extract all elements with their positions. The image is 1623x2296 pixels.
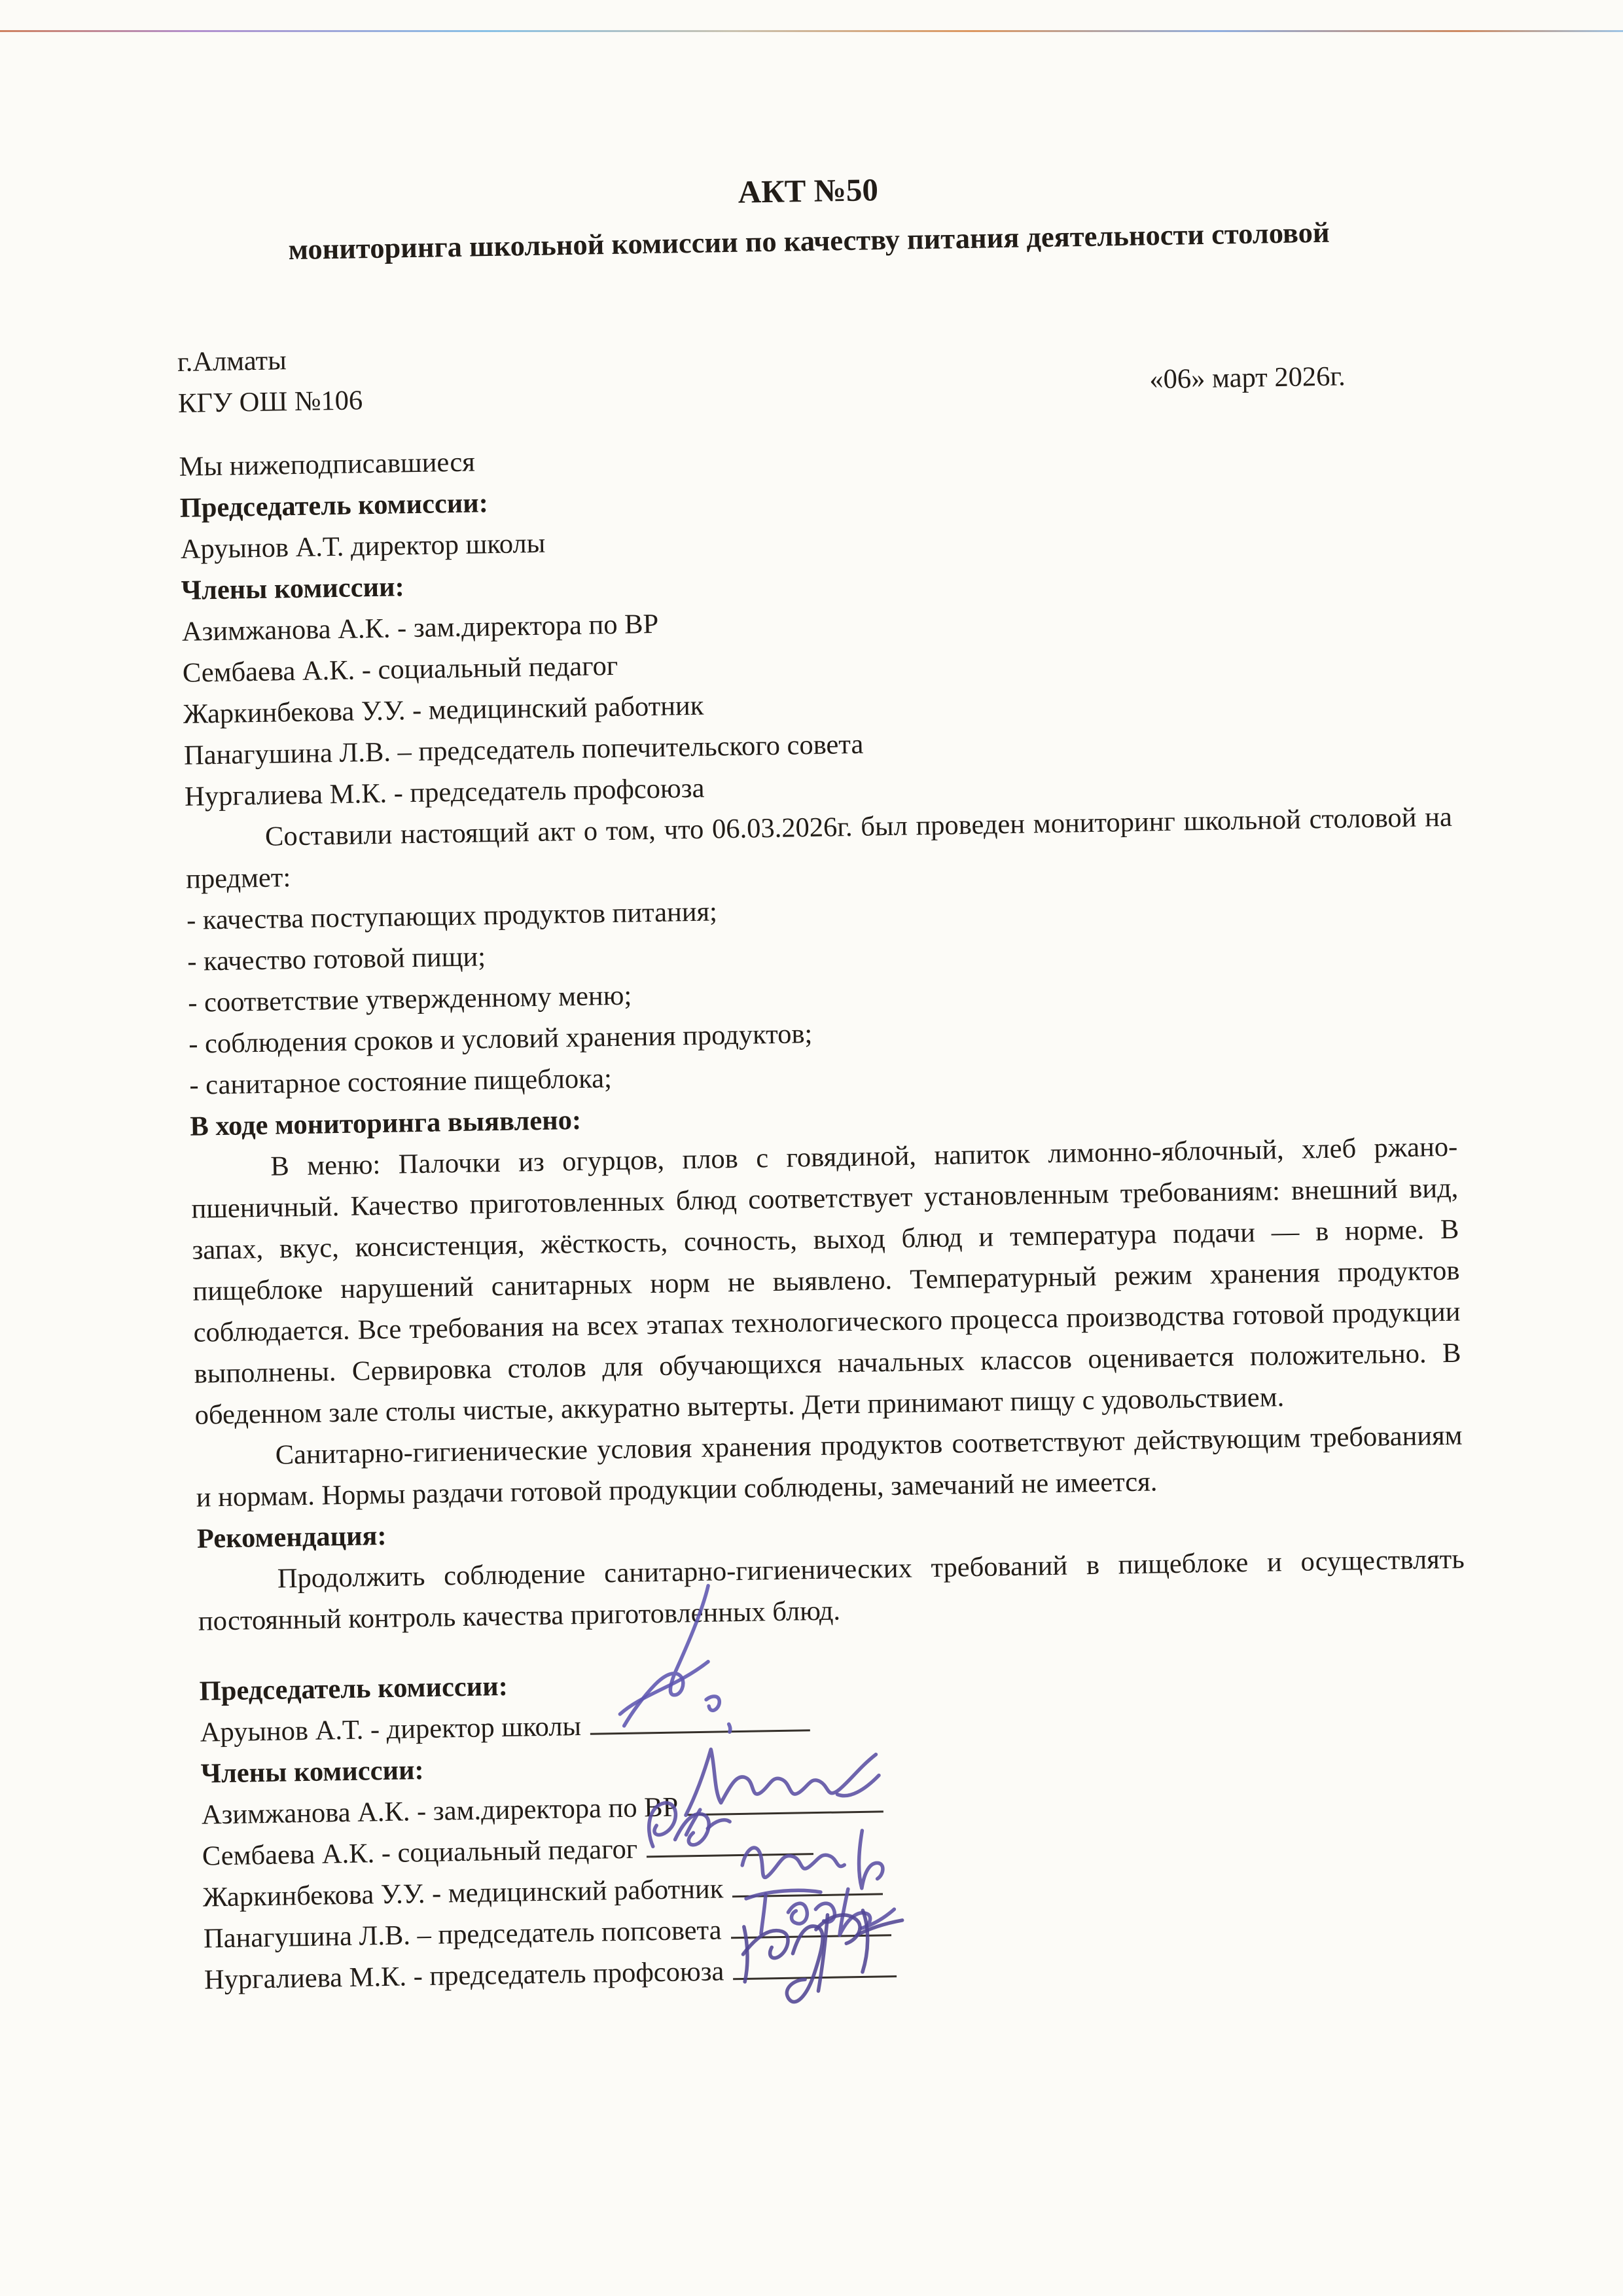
document-subtitle: мониторинга школьной комиссии по качеств… xyxy=(175,210,1443,272)
signature-row-text: Сембаева А.К. - социальный педагог xyxy=(202,1834,637,1872)
signature-scribble-chairman xyxy=(611,1577,738,1743)
signature-row-text: Аруынов А.Т. - директор школы xyxy=(200,1711,581,1748)
document-date: «06» март 2026г. xyxy=(1149,355,1346,400)
signature-line-chairman xyxy=(590,1707,811,1735)
scanned-document-page: АКТ №50 мониторинга школьной комиссии по… xyxy=(0,0,1623,2296)
signature-scribble-sembaeva xyxy=(634,1782,734,1869)
findings-paragraph-1: В меню: Палочки из огурцов, плов с говяд… xyxy=(190,1126,1462,1436)
signature-row-text: Азимжанова А.К. - зам.директора по ВР xyxy=(201,1792,678,1831)
signature-block: Председатель комиссии: Аруынов А.Т. - ди… xyxy=(199,1650,1471,2001)
signature-row-text: Жаркинбекова У.У. - медицинский работник xyxy=(203,1873,724,1912)
signature-row-text: Панагушина Л.В. – председатель попсовета xyxy=(204,1915,722,1954)
signature-line-member xyxy=(733,1953,897,1980)
organization-name: КГУ ОШ №106 xyxy=(178,380,363,424)
document-content: АКТ №50 мониторинга школьной комиссии по… xyxy=(174,143,1471,2001)
signature-row-text: Нургалиева М.К. - председатель профсоюза xyxy=(204,1956,724,1995)
scan-artifact-line xyxy=(0,30,1623,32)
signature-scribble-nurgalieva xyxy=(729,1892,914,2019)
